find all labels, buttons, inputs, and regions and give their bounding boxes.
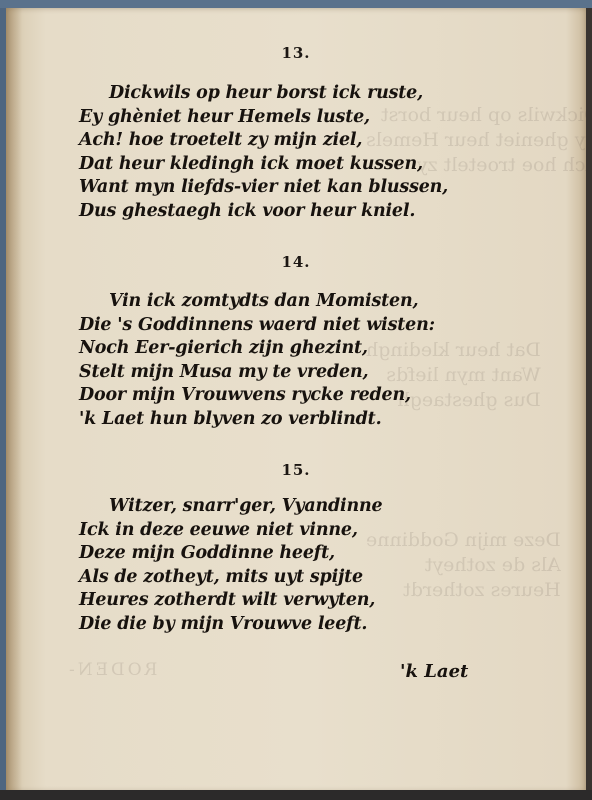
stanza-number: 15.	[6, 461, 586, 479]
verse-line: Heures zotherdt wilt verwyten,	[79, 589, 382, 613]
verse-line: Witzer, snarr'ger, Vyandinne	[79, 495, 382, 519]
verse-line: Stelt mijn Musa my te vreden,	[79, 361, 435, 385]
verse-line: 'k Laet hun blyven zo verblindt.	[79, 408, 435, 432]
verse-line: Dus ghestaegh ick voor heur kniel.	[79, 200, 448, 224]
catchword: 'k Laet	[400, 661, 468, 682]
verse-line: Ick in deze eeuwe niet vinne,	[79, 519, 382, 543]
stanza-number: 13.	[6, 44, 586, 62]
show-through-catchword: RODEN-	[66, 658, 157, 683]
verse-line: Door mijn Vrouwvens rycke reden,	[79, 384, 435, 408]
book-page: Dickwils op heur borstEy gheniet heur He…	[6, 8, 586, 792]
scanner-background-top	[0, 0, 592, 8]
verse-line: Dat heur kledingh ick moet kussen,	[79, 153, 448, 177]
verse-line: Als de zotheyt, mits uyt spijte	[79, 566, 382, 590]
verse-line: Dickwils op heur borst ick ruste,	[79, 82, 448, 106]
stanza-number: 14.	[6, 253, 586, 271]
verse-line: Die die by mijn Vrouwve leeft.	[79, 613, 382, 637]
stanza-15: Witzer, snarr'ger, Vyandinne Ick in deze…	[79, 495, 382, 637]
stanza-13: Dickwils op heur borst ick ruste, Ey ghè…	[79, 82, 448, 224]
show-through-text: Deze mijn GoddinneAls de zotheytHeures z…	[366, 528, 561, 603]
verse-line: Noch Eer-gierich zijn ghezint,	[79, 337, 435, 361]
page-bottom-edge	[0, 790, 592, 800]
verse-line: Want myn liefds-vier niet kan blussen,	[79, 176, 448, 200]
verse-line: Ach! hoe troetelt zy mijn ziel,	[79, 129, 448, 153]
stanza-14: Vin ick zomtydts dan Momisten, Die 's Go…	[79, 290, 435, 432]
verse-line: Die 's Goddinnens waerd niet wisten:	[79, 314, 435, 338]
verse-line: Deze mijn Goddinne heeft,	[79, 542, 382, 566]
verse-line: Ey ghèniet heur Hemels luste,	[79, 106, 448, 130]
page-edge-shadow	[586, 8, 592, 792]
verse-line: Vin ick zomtydts dan Momisten,	[79, 290, 435, 314]
